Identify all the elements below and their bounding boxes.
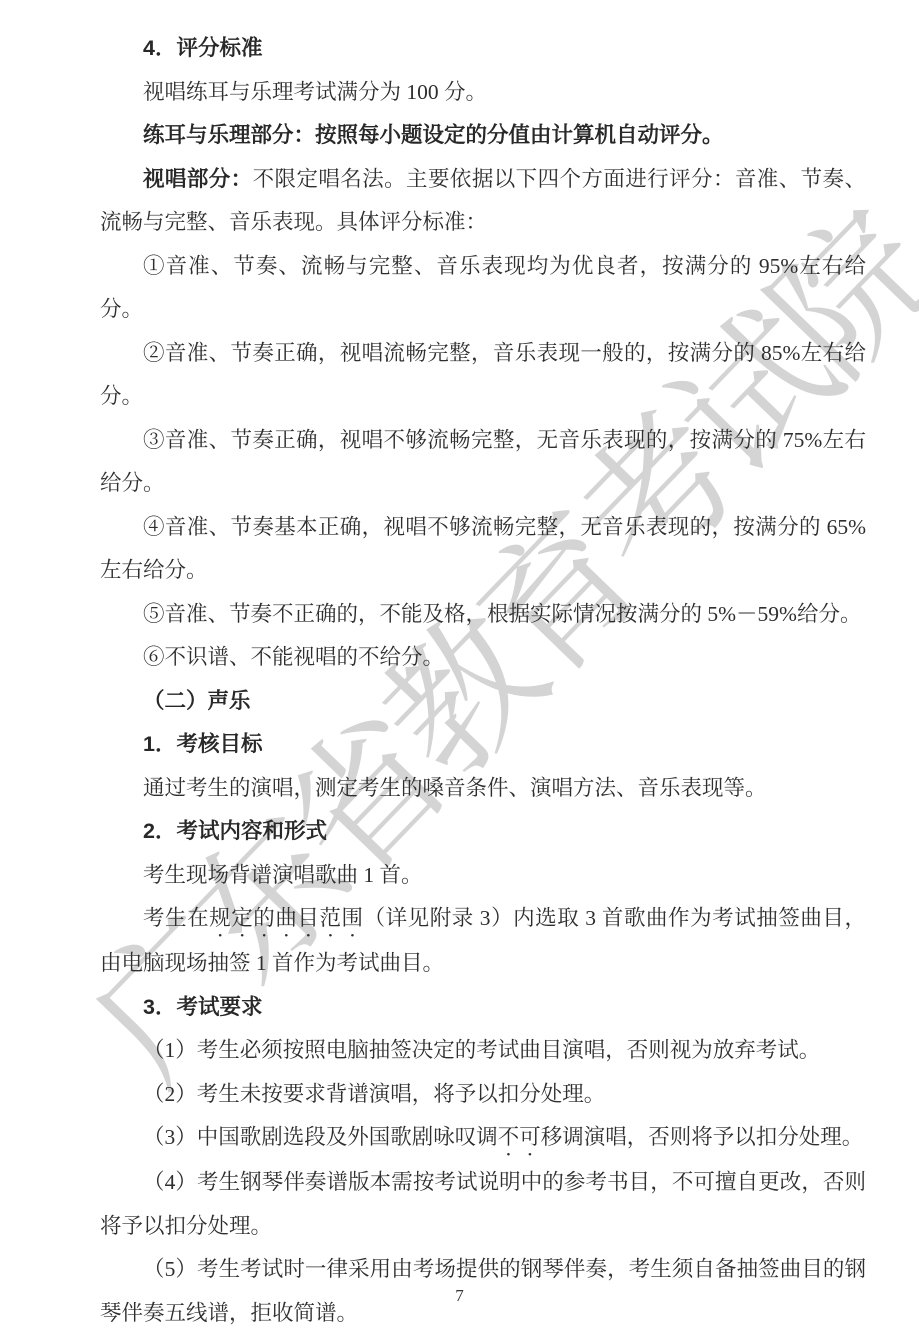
exam-content-2-emphasized: 规定的曲目范围 — [209, 906, 363, 930]
para-exam-content-1: 考生现场背谱演唱歌曲 1 首。 — [100, 854, 866, 898]
para-criterion-2: ②音准、节奏正确，视唱流畅完整，音乐表现一般的，按满分的 85%左右给分。 — [100, 332, 866, 419]
para-exam-content-2: 考生在规定的曲目范围（详见附录 3）内选取 3 首歌曲作为考试抽签曲目，由电脑现… — [100, 897, 866, 986]
requirement-3-pre: （3）中国歌剧选段及外国歌剧咏叹调 — [143, 1125, 498, 1149]
section-heading-scoring-standard: 4．评分标准 — [100, 27, 866, 71]
para-sight-singing-scoring: 视唱部分：不限定唱名法。主要依据以下四个方面进行评分：音准、节奏、流畅与完整、音… — [100, 158, 866, 245]
para-criterion-4: ④音准、节奏基本正确，视唱不够流畅完整，无音乐表现的，按满分的 65%左右给分。 — [100, 506, 866, 593]
para-requirement-3: （3）中国歌剧选段及外国歌剧咏叹调不可移调演唱，否则将予以扣分处理。 — [100, 1116, 866, 1161]
para-requirement-4: （4）考生钢琴伴奏谱版本需按考试说明中的参考书目，不可擅自更改，否则将予以扣分处… — [100, 1161, 866, 1248]
para-full-score: 视唱练耳与乐理考试满分为 100 分。 — [100, 71, 866, 115]
section-heading-vocal: （二）声乐 — [100, 680, 866, 724]
heading-exam-requirements: 3．考试要求 — [100, 986, 866, 1030]
para-requirement-1: （1）考生必须按照电脑抽签决定的考试曲目演唱，否则视为放弃考试。 — [100, 1029, 866, 1073]
para-ear-training-scoring: 练耳与乐理部分：按照每小题设定的分值由计算机自动评分。 — [100, 114, 866, 158]
para-criterion-6: ⑥不识谱、不能视唱的不给分。 — [100, 636, 866, 680]
para-criterion-5: ⑤音准、节奏不正确的，不能及格，根据实际情况按满分的 5%－59%给分。 — [100, 593, 866, 637]
sight-singing-label: 视唱部分： — [143, 167, 253, 191]
page-number: 7 — [0, 1287, 919, 1304]
requirement-3-emphasized: 不可 — [498, 1125, 541, 1149]
para-assessment-goal: 通过考生的演唱，测定考生的嗓音条件、演唱方法、音乐表现等。 — [100, 767, 866, 811]
exam-content-2-pre: 考生在 — [143, 906, 209, 930]
para-criterion-3: ③音准、节奏正确，视唱不够流畅完整，无音乐表现的，按满分的 75%左右给分。 — [100, 419, 866, 506]
para-criterion-1: ①音准、节奏、流畅与完整、音乐表现均为优良者，按满分的 95%左右给分。 — [100, 245, 866, 332]
heading-exam-content-form: 2．考试内容和形式 — [100, 810, 866, 854]
heading-assessment-goal: 1．考核目标 — [100, 723, 866, 767]
requirement-3-post: 移调演唱，否则将予以扣分处理。 — [541, 1125, 864, 1149]
para-requirement-2: （2）考生未按要求背谱演唱，将予以扣分处理。 — [100, 1073, 866, 1117]
document-page: 广东省教育考试院 4．评分标准 视唱练耳与乐理考试满分为 100 分。 练耳与乐… — [0, 0, 919, 1328]
document-content: 4．评分标准 视唱练耳与乐理考试满分为 100 分。 练耳与乐理部分：按照每小题… — [0, 0, 919, 1328]
